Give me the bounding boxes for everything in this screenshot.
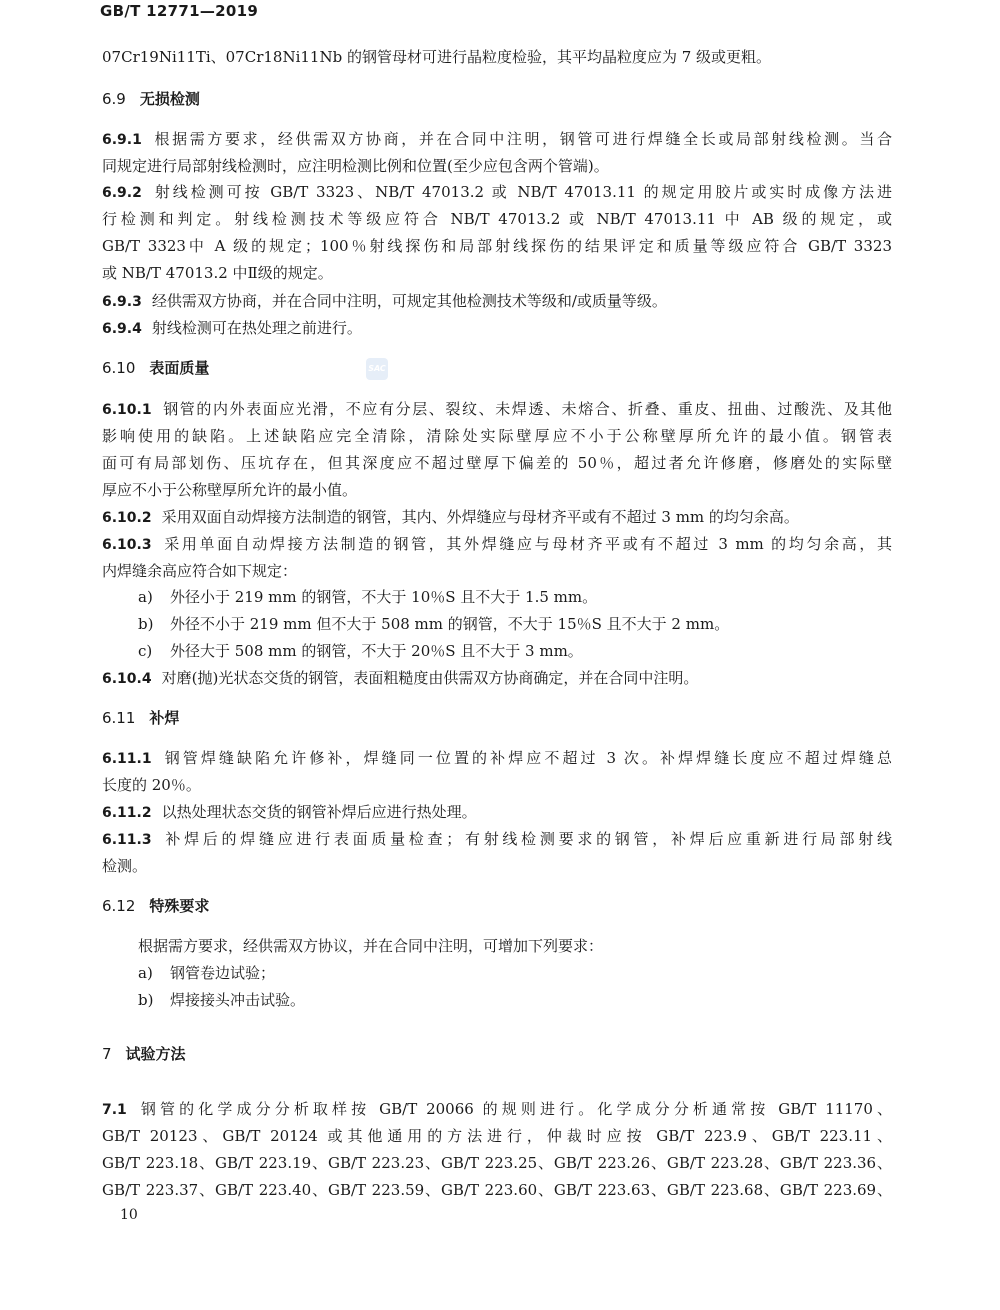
clause-6-11-2: 6.11.2以热处理状态交货的钢管补焊后应进行热处理。	[102, 803, 892, 822]
clause-line: GB/T 223.18、GB/T 223.19、GB/T 223.23、GB/T…	[102, 1154, 892, 1172]
section-heading-6-11: 6.11补焊	[102, 709, 179, 727]
list-item-b: b)焊接接头冲击试验。	[138, 991, 305, 1009]
clause-line: 厚应不小于公称壁厚所允许的最小值。	[102, 481, 892, 499]
clause-6-9-1: 6.9.1根据需方要求，经供需双方协商，并在合同中注明，钢管可进行焊缝全长或局部…	[102, 130, 892, 149]
clause-6-11-1: 6.11.1钢管焊缝缺陷允许修补，焊缝同一位置的补焊应不超过 3 次。补焊焊缝长…	[102, 749, 892, 768]
page-number: 10	[120, 1207, 138, 1223]
clause-line: 长度的 20％。	[102, 776, 892, 794]
sac-watermark-icon: SAC	[366, 358, 388, 380]
clause-6-10-1: 6.10.1钢管的内外表面应光滑，不应有分层、裂纹、未焊透、未熔合、折叠、重皮、…	[102, 400, 892, 419]
list-item-a: a)钢管卷边试验；	[138, 964, 275, 982]
clause-6-10-4: 6.10.4对磨(抛)光状态交货的钢管，表面粗糙度由供需双方协商确定，并在合同中…	[102, 669, 892, 688]
clause-6-9-2: 6.9.2射线检测可按 GB/T 3323、NB/T 47013.2 或 NB/…	[102, 183, 892, 202]
list-item-a: a)外径小于 219 mm 的钢管，不大于 10％S 且不大于 1.5 mm。	[138, 588, 597, 606]
intro-line: 07Cr19Ni11Ti、07Cr18Ni11Nb 的钢管母材可进行晶粒度检验，…	[102, 48, 892, 66]
clause-line: GB/T 223.37、GB/T 223.40、GB/T 223.59、GB/T…	[102, 1181, 892, 1199]
standard-code: GB/T 12771—2019	[100, 2, 258, 20]
section-6-12-intro: 根据需方要求，经供需双方协议，并在合同中注明，可增加下列要求：	[138, 937, 603, 955]
clause-6-9-4: 6.9.4射线检测可在热处理之前进行。	[102, 319, 892, 338]
clause-line: GB/T 3323中 A 级的规定；100％射线探伤和局部射线探伤的结果评定和质…	[102, 237, 892, 255]
clause-line: 影响使用的缺陷。上述缺陷应完全清除，清除处实际壁厚应不小于公称壁厚所允许的最小值…	[102, 427, 892, 445]
clause-line: 面可有局部划伤、压坑存在，但其深度应不超过壁厚下偏差的 50％，超过者允许修磨，…	[102, 454, 892, 472]
clause-6-10-3: 6.10.3采用单面自动焊接方法制造的钢管，其外焊缝应与母材齐平或有不超过 3 …	[102, 535, 892, 554]
clause-line: 同规定进行局部射线检测时，应注明检测比例和位置(至少应包含两个管端)。	[102, 157, 892, 175]
clause-line: 行检测和判定。射线检测技术等级应符合 NB/T 47013.2 或 NB/T 4…	[102, 210, 892, 228]
clause-6-11-3: 6.11.3补焊后的焊缝应进行表面质量检查；有射线检测要求的钢管，补焊后应重新进…	[102, 830, 892, 849]
section-heading-6-12: 6.12特殊要求	[102, 897, 209, 915]
section-heading-7: 7试验方法	[102, 1045, 186, 1063]
clause-line: 或 NB/T 47013.2 中Ⅱ级的规定。	[102, 264, 892, 282]
clause-6-9-3: 6.9.3经供需双方协商，并在合同中注明，可规定其他检测技术等级和/或质量等级。	[102, 292, 892, 311]
document-page: GB/T 12771—2019 07Cr19Ni11Ti、07Cr18Ni11N…	[0, 0, 1000, 1310]
clause-line: 检测。	[102, 857, 892, 875]
clause-line: GB/T 20123、GB/T 20124 或其他通用的方法进行，仲裁时应按 G…	[102, 1127, 892, 1145]
list-item-b: b)外径不小于 219 mm 但不大于 508 mm 的钢管，不大于 15％S …	[138, 615, 729, 633]
clause-7-1: 7.1钢管的化学成分分析取样按 GB/T 20066 的规则进行。化学成分分析通…	[102, 1100, 892, 1119]
list-item-c: c)外径大于 508 mm 的钢管，不大于 20％S 且不大于 3 mm。	[138, 642, 583, 660]
section-heading-6-10: 6.10表面质量	[102, 359, 209, 377]
clause-6-10-2: 6.10.2采用双面自动焊接方法制造的钢管，其内、外焊缝应与母材齐平或有不超过 …	[102, 508, 892, 527]
section-heading-6-9: 6.9无损检测	[102, 90, 200, 108]
clause-line: 内焊缝余高应符合如下规定：	[102, 562, 892, 580]
